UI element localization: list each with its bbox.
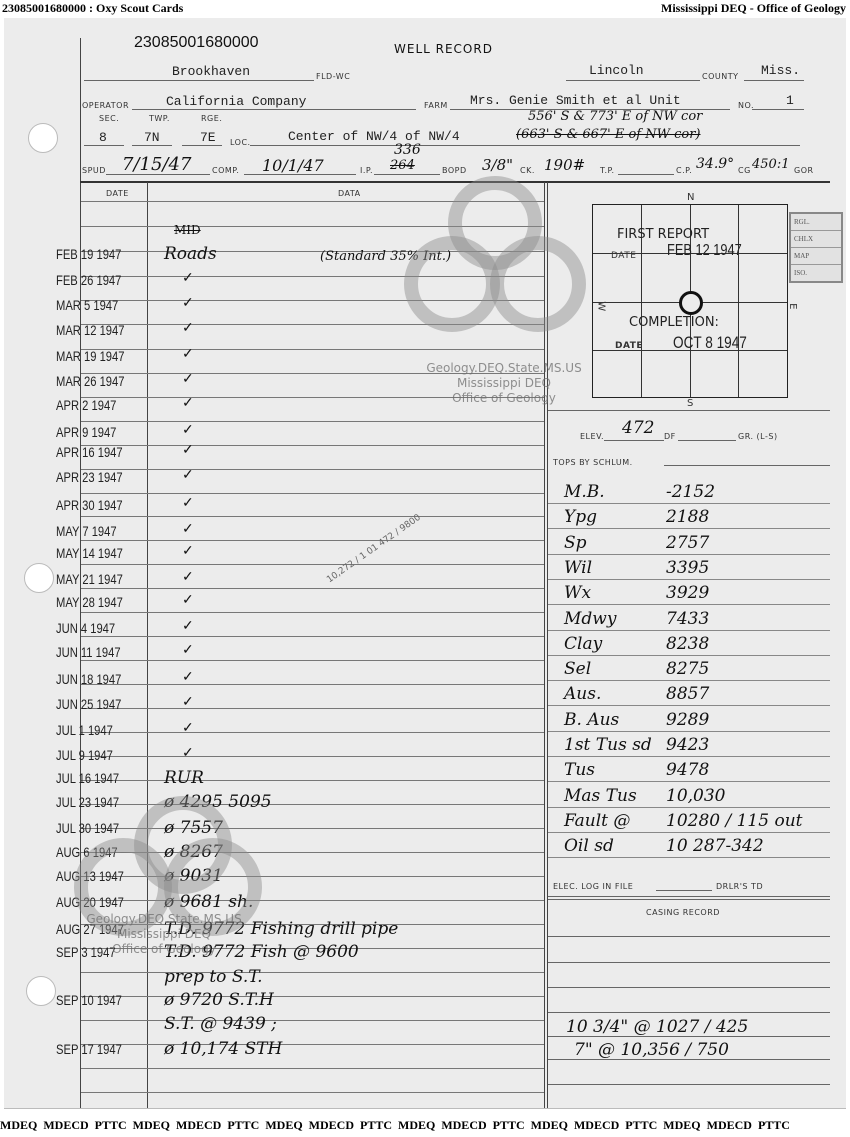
log-entry: ✓ bbox=[182, 295, 194, 311]
top-formation: Aus. bbox=[564, 684, 601, 704]
routing-map: MAP bbox=[791, 248, 841, 265]
watermark-logo-ring bbox=[404, 236, 500, 332]
log-date: JUL 23 1947 bbox=[56, 794, 119, 810]
ck-label: CK. bbox=[520, 166, 535, 175]
top-depth: 9423 bbox=[666, 735, 709, 755]
top-depth: 2188 bbox=[666, 507, 709, 527]
top-depth: 3395 bbox=[666, 558, 709, 578]
drlr-td-label: DRLR'S TD bbox=[716, 882, 763, 891]
rule-line bbox=[81, 349, 544, 350]
well-location-marker bbox=[679, 291, 703, 315]
operator-label: OPERATOR bbox=[82, 101, 129, 110]
log-entry: ✓ bbox=[182, 442, 194, 458]
comp-label: COMP. bbox=[212, 166, 239, 175]
log-date: APR 23 1947 bbox=[56, 469, 123, 485]
rule-line bbox=[81, 708, 544, 709]
top-depth: 3929 bbox=[666, 583, 709, 603]
county-value: Lincoln bbox=[589, 63, 644, 78]
top-formation: Wil bbox=[564, 558, 592, 578]
field-value: Brookhaven bbox=[172, 64, 250, 79]
punch-hole bbox=[28, 123, 58, 153]
rule-line bbox=[81, 469, 544, 470]
rule-line bbox=[81, 1044, 544, 1045]
log-entry: ✓ bbox=[182, 521, 194, 537]
rule-line bbox=[81, 1068, 544, 1069]
log-entry: ø 10,174 STH bbox=[164, 1039, 282, 1059]
rule-line bbox=[548, 832, 830, 833]
rule-line bbox=[548, 680, 830, 681]
punch-hole bbox=[26, 976, 56, 1006]
log-entry: ✓ bbox=[182, 618, 194, 634]
completion-date: OCT 8 1947 bbox=[673, 333, 747, 353]
log-date: JUL 30 1947 bbox=[56, 820, 119, 836]
log-entry: ✓ bbox=[182, 422, 194, 438]
rule-line bbox=[81, 780, 544, 781]
log-entry: ✓ bbox=[182, 669, 194, 685]
ip-label: I.P. bbox=[360, 166, 373, 175]
top-depth: 7433 bbox=[666, 609, 709, 629]
rule-line bbox=[81, 1020, 544, 1021]
rule-line bbox=[548, 579, 830, 580]
footer-banner: MDEQ MDECD PTTC MDEQ MDECD PTTC MDEQ MDE… bbox=[0, 1118, 850, 1133]
log-entry: RUR bbox=[164, 768, 204, 788]
log-date: MAR 26 1947 bbox=[56, 373, 124, 389]
log-entry: S.T. @ 9439 ; bbox=[164, 1014, 277, 1034]
watermark-line3: Office of Geology bbox=[404, 391, 604, 405]
df-label: DF bbox=[664, 432, 676, 441]
log-entry: prep to S.T. bbox=[164, 967, 263, 987]
first-report-date: FEB 12 1947 bbox=[667, 242, 742, 260]
rule-line bbox=[81, 684, 544, 685]
top-depth: 8857 bbox=[666, 684, 709, 704]
rule-line bbox=[548, 554, 830, 555]
top-formation: M.B. bbox=[564, 482, 605, 502]
top-formation: B. Aus bbox=[564, 710, 619, 730]
bopd-label: BOPD bbox=[442, 166, 467, 175]
watermark-line2: Mississippi DEQ bbox=[64, 927, 264, 941]
sec-value: 8 bbox=[99, 130, 107, 145]
tops-label: TOPS BY SCHLUM. bbox=[553, 458, 633, 467]
first-report-label: FIRST REPORT bbox=[617, 227, 709, 242]
log-date: FEB 26 1947 bbox=[56, 272, 121, 288]
field-label: FLD-WC bbox=[316, 72, 350, 81]
rule-line bbox=[81, 612, 544, 613]
rule-line bbox=[548, 604, 830, 605]
casing-record-label: CASING RECORD bbox=[646, 908, 720, 917]
rule-line bbox=[548, 857, 830, 858]
log-entry: ✓ bbox=[182, 642, 194, 658]
log-entry: ✓ bbox=[182, 495, 194, 511]
location-note-struck: (663' S & 667' E of NW cor) bbox=[516, 127, 701, 142]
log-date: SEP 10 1947 bbox=[56, 992, 122, 1008]
rule-line bbox=[548, 731, 830, 732]
top-depth: 10,030 bbox=[666, 786, 725, 806]
agency-title: Mississippi DEQ - Office of Geology bbox=[661, 1, 846, 16]
log-date: MAY 21 1947 bbox=[56, 571, 123, 587]
sec-label: SEC. bbox=[99, 114, 119, 123]
log-entry: ✓ bbox=[182, 467, 194, 483]
completion-label: COMPLETION: bbox=[629, 315, 719, 330]
log-entry: ø 9720 S.T.H bbox=[164, 990, 274, 1010]
elec-log-label: ELEC. LOG IN FILE bbox=[553, 882, 633, 891]
top-formation: Fault @ bbox=[564, 811, 630, 831]
ip-value: 336 bbox=[394, 142, 421, 158]
log-date: JUL 1 1947 bbox=[56, 722, 113, 738]
log-entry: ✓ bbox=[182, 346, 194, 362]
rge-label: RGE. bbox=[201, 114, 222, 123]
log-entry: Roads bbox=[164, 244, 217, 264]
cg-label: CG bbox=[738, 166, 751, 175]
rge-value: 7E bbox=[200, 130, 216, 145]
top-formation: Oil sd bbox=[564, 836, 614, 856]
log-date: MAR 12 1947 bbox=[56, 322, 124, 338]
rule-line bbox=[548, 528, 830, 529]
log-entry: ✓ bbox=[182, 543, 194, 559]
log-entry: ✓ bbox=[182, 745, 194, 761]
routing-iso: ISO. bbox=[791, 265, 841, 281]
ip-struck: 264 bbox=[390, 158, 415, 173]
rule-line bbox=[81, 972, 544, 973]
rule-line bbox=[81, 588, 544, 589]
casing-1: 10 3/4" @ 1027 / 425 bbox=[566, 1017, 748, 1037]
top-formation: Mdwy bbox=[564, 609, 616, 629]
location-note: 556' S & 773' E of NW cor bbox=[528, 109, 702, 124]
log-date: SEP 17 1947 bbox=[56, 1041, 122, 1057]
log-date: MAR 5 1947 bbox=[56, 297, 118, 313]
side-note: 10,272 / 1 01 472 / 9800 bbox=[325, 513, 422, 585]
top-depth: 9289 bbox=[666, 710, 709, 730]
rule-line bbox=[548, 503, 830, 504]
casing-2: 7" @ 10,356 / 750 bbox=[574, 1040, 729, 1060]
rule-line bbox=[548, 705, 830, 706]
rule-line bbox=[81, 445, 544, 446]
title-bar: 23085001680000 : Oxy Scout Cards Mississ… bbox=[0, 0, 850, 18]
top-formation: Clay bbox=[564, 634, 602, 654]
top-formation: Tus bbox=[564, 760, 595, 780]
watermark-logo-ring bbox=[490, 236, 586, 332]
cp-value: 34.9° bbox=[696, 156, 734, 172]
state-value: Miss. bbox=[761, 63, 800, 78]
rule-line bbox=[81, 493, 544, 494]
gor-label: GOR bbox=[794, 166, 814, 175]
top-formation: Mas Tus bbox=[564, 786, 637, 806]
log-entry: ✓ bbox=[182, 320, 194, 336]
log-date: APR 2 1947 bbox=[56, 397, 116, 413]
log-entry: ✓ bbox=[182, 720, 194, 736]
log-entry: ✓ bbox=[182, 592, 194, 608]
log-date: FEB 19 1947 bbox=[56, 246, 121, 262]
gor-value: 450:1 bbox=[752, 157, 789, 172]
routing-rgl: RGL. bbox=[791, 214, 841, 231]
farm-label: FARM bbox=[424, 101, 448, 110]
elev-value: 472 bbox=[622, 418, 654, 438]
log-date: MAR 19 1947 bbox=[56, 348, 124, 364]
ck-value: 190# bbox=[544, 156, 585, 174]
top-depth: 10 287-342 bbox=[666, 836, 764, 856]
log-date: JUL 9 1947 bbox=[56, 747, 113, 763]
rule-line bbox=[81, 756, 544, 757]
log-entry: ✓ bbox=[182, 694, 194, 710]
twp-label: TWP. bbox=[149, 114, 170, 123]
rule-line bbox=[81, 421, 544, 422]
plat-north: N bbox=[687, 192, 695, 203]
comp-value: 10/1/47 bbox=[262, 156, 324, 175]
rule-line bbox=[81, 564, 544, 565]
date-header: DATE bbox=[106, 189, 129, 198]
twp-value: 7N bbox=[144, 130, 160, 145]
bopd-value: 3/8" bbox=[482, 156, 513, 174]
elev-label: ELEV. bbox=[580, 432, 604, 441]
record-title: 23085001680000 : Oxy Scout Cards bbox=[2, 1, 183, 16]
first-report-date-label: DATE bbox=[611, 251, 636, 261]
top-formation: Wx bbox=[564, 583, 591, 603]
operator-value: California Company bbox=[166, 94, 306, 109]
plat-south: S bbox=[687, 398, 694, 409]
rule-line bbox=[81, 636, 544, 637]
plat-east: E bbox=[787, 303, 798, 310]
rule-line bbox=[548, 655, 830, 656]
top-formation: Ypg bbox=[564, 507, 597, 527]
rule-line bbox=[81, 732, 544, 733]
loc-label: LOC. bbox=[230, 138, 251, 147]
log-entry: ✓ bbox=[182, 371, 194, 387]
spud-value: 7/15/47 bbox=[122, 154, 191, 175]
rule-line bbox=[548, 781, 830, 782]
rule-line bbox=[81, 996, 544, 997]
watermark-line3: Office of Geology bbox=[64, 942, 264, 956]
log-date: JUN 11 1947 bbox=[56, 644, 121, 660]
gr-label: GR. (L-S) bbox=[738, 432, 778, 441]
log-entry: ✓ bbox=[182, 395, 194, 411]
log-date: APR 30 1947 bbox=[56, 497, 123, 513]
punch-hole bbox=[24, 563, 54, 593]
log-date: JUN 25 1947 bbox=[56, 696, 121, 712]
rule-line bbox=[81, 1092, 544, 1093]
log-date: JUN 18 1947 bbox=[56, 671, 121, 687]
date-column-divider bbox=[147, 182, 148, 1108]
location-plat: FIRST REPORT DATE FEB 12 1947 COMPLETION… bbox=[592, 204, 788, 398]
cp-label: C.P. bbox=[676, 166, 692, 175]
api-number: 23085001680000 bbox=[134, 34, 259, 52]
location-value: Center of NW/4 of NW/4 bbox=[288, 129, 460, 144]
tp-label: T.P. bbox=[600, 166, 615, 175]
log-date: APR 9 1947 bbox=[56, 424, 116, 440]
top-depth: 8275 bbox=[666, 659, 709, 679]
rule-line bbox=[548, 807, 830, 808]
watermark-line1: Geology.DEQ.State.MS.US bbox=[404, 361, 604, 375]
log-date: MAY 28 1947 bbox=[56, 594, 123, 610]
data-header: DATA bbox=[338, 189, 361, 198]
top-depth: 2757 bbox=[666, 533, 709, 553]
watermark-line2: Mississippi DEQ bbox=[404, 376, 604, 390]
top-depth: 8238 bbox=[666, 634, 709, 654]
county-label: COUNTY bbox=[702, 72, 739, 81]
scout-card: 23085001680000 WELL RECORD Brookhaven FL… bbox=[4, 18, 846, 1109]
well-no-value: 1 bbox=[786, 93, 794, 108]
spud-label: SPUD bbox=[82, 166, 106, 175]
log-entry: ✓ bbox=[182, 270, 194, 286]
top-formation: 1st Tus sd bbox=[564, 735, 652, 755]
top-depth: 10280 / 115 out bbox=[666, 811, 802, 831]
struck-entry: MID bbox=[174, 223, 201, 237]
rule-line bbox=[548, 756, 830, 757]
top-depth: 9478 bbox=[666, 760, 709, 780]
rule-line bbox=[81, 540, 544, 541]
log-date: MAY 14 1947 bbox=[56, 545, 123, 561]
completion-date-label: DATE bbox=[615, 341, 643, 351]
rule-line bbox=[81, 804, 544, 805]
rule-line bbox=[81, 660, 544, 661]
log-date: MAY 7 1947 bbox=[56, 523, 117, 539]
top-depth: -2152 bbox=[666, 482, 715, 502]
form-title: WELL RECORD bbox=[394, 42, 493, 56]
routing-chlx: CHLX bbox=[791, 231, 841, 248]
watermark-line1: Geology.DEQ.State.MS.US bbox=[64, 912, 264, 926]
rule-line bbox=[81, 516, 544, 517]
top-formation: Sp bbox=[564, 533, 587, 553]
log-date: APR 16 1947 bbox=[56, 444, 123, 460]
rule-line bbox=[548, 630, 830, 631]
log-date: JUN 4 1947 bbox=[56, 620, 115, 636]
log-entry: ✓ bbox=[182, 569, 194, 585]
farm-value: Mrs. Genie Smith et al Unit bbox=[470, 93, 681, 108]
routing-box: RGL. CHLX MAP ISO. bbox=[789, 212, 843, 283]
top-formation: Sel bbox=[564, 659, 591, 679]
log-date: JUL 16 1947 bbox=[56, 770, 119, 786]
